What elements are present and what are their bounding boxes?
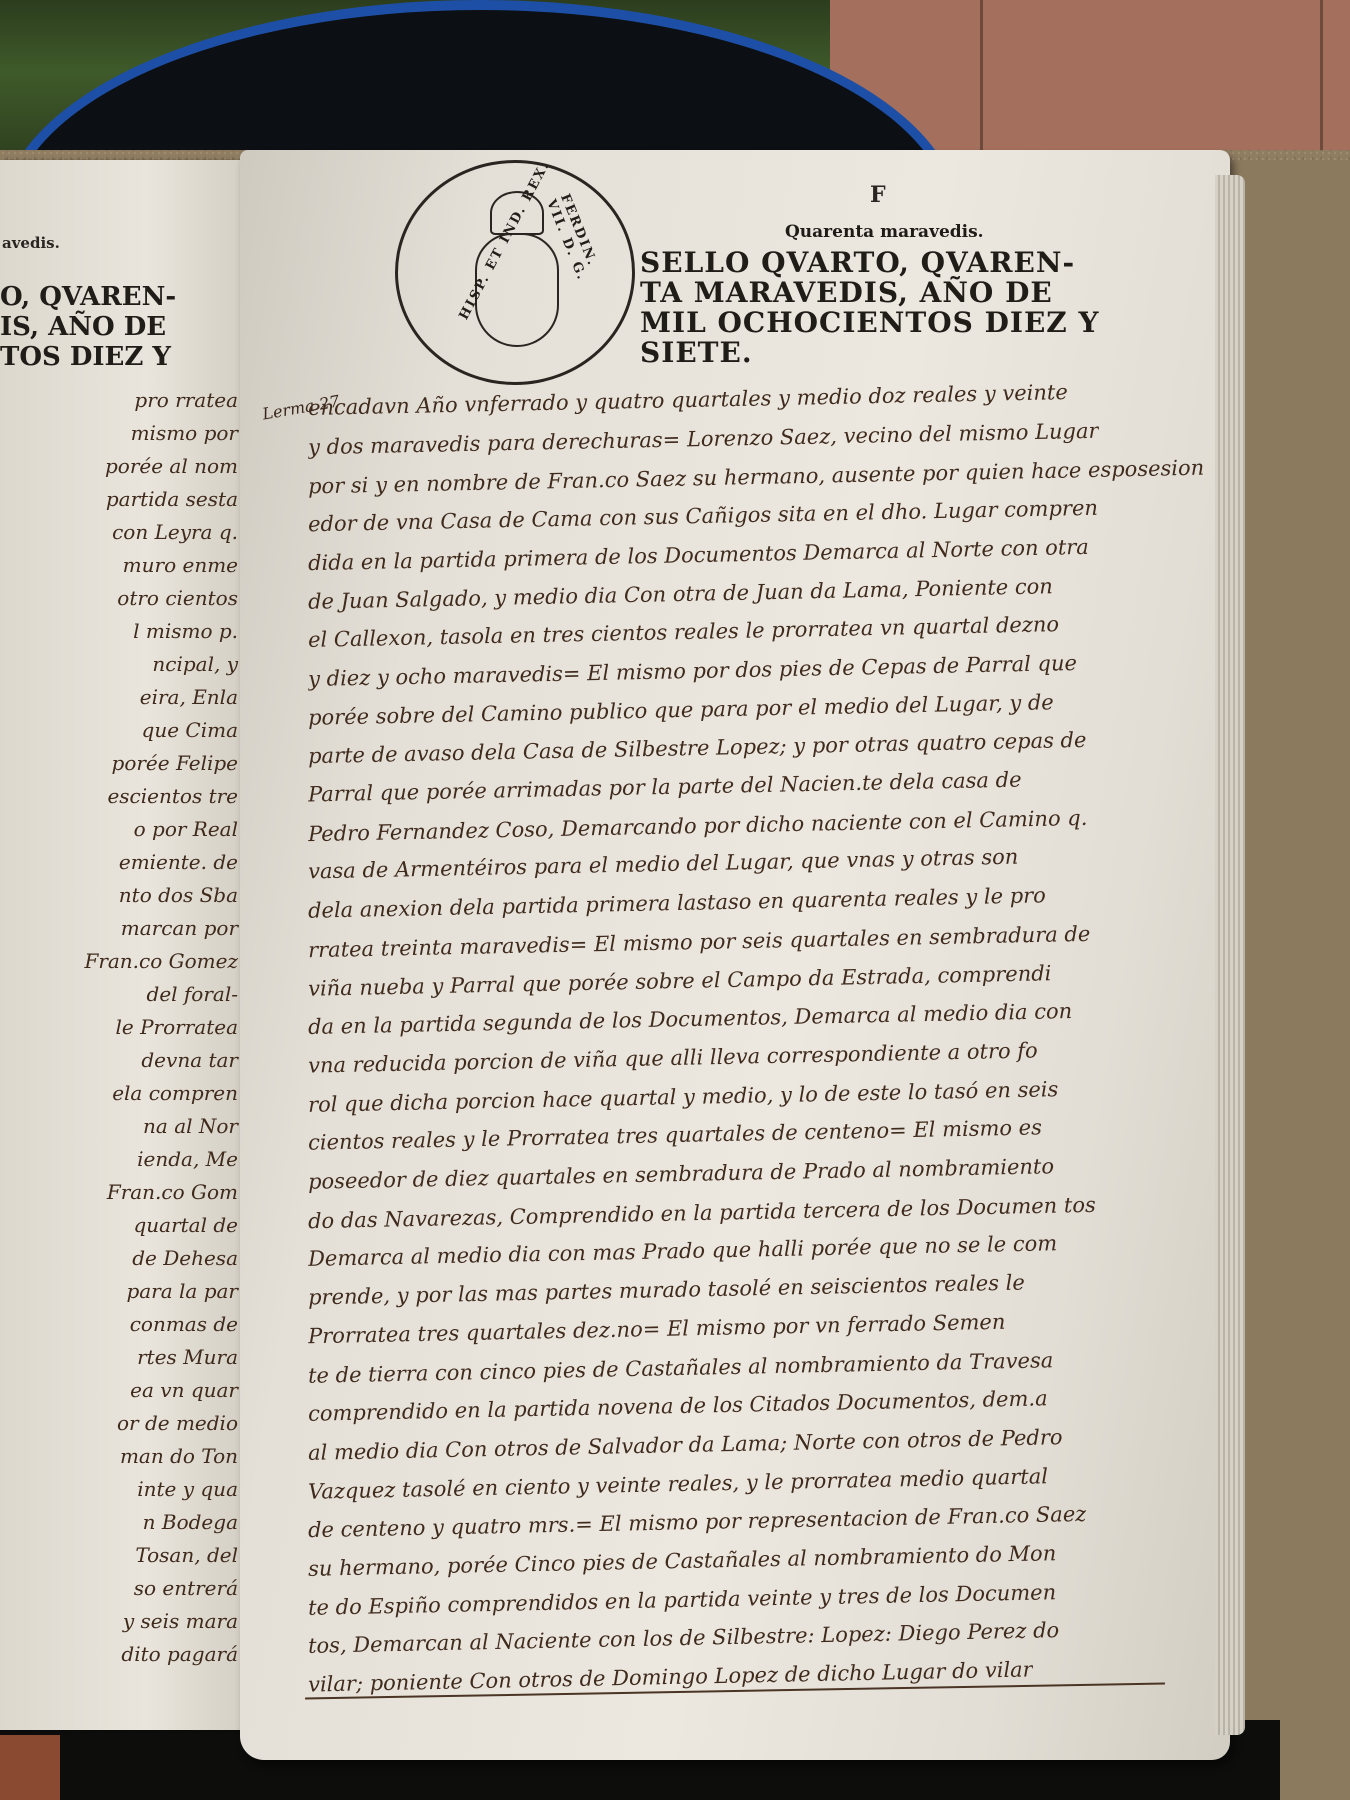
manuscript-line: quartal de [133, 1213, 238, 1237]
manuscript-line: emiente. de [119, 850, 238, 874]
manuscript-line: para la par [126, 1279, 238, 1303]
manuscript-line: le Prorratea [116, 1015, 239, 1039]
manuscript-line: que Cima [142, 718, 238, 742]
manuscript-line: de Dehesa [132, 1246, 238, 1270]
stamp-price: Quarenta maravedis. [785, 222, 984, 242]
manuscript-line: nto dos Sba [119, 883, 238, 907]
manuscript-line: porée Felipe [112, 751, 238, 775]
shield-icon [475, 233, 559, 347]
manuscript-line: marcan por [121, 916, 238, 940]
brick-corner [0, 1735, 60, 1800]
top-mark: F [870, 182, 886, 208]
left-stamp-title: O, QVAREN- IS, AÑO DE TOS DIEZ Y [0, 282, 240, 372]
manuscript-line: con Leyra q. [112, 520, 238, 544]
wall-seam [980, 0, 983, 160]
manuscript-line: conmas de [130, 1312, 238, 1336]
manuscript-line: na al Nor [143, 1114, 238, 1138]
manuscript-line: del foral- [147, 982, 238, 1006]
manuscript-line: pro rratea [134, 388, 238, 412]
left-stamp-title-line: IS, AÑO DE [0, 312, 240, 342]
manuscript-line: Fran.co Gomez [84, 949, 238, 973]
manuscript-line: ienda, Me [137, 1147, 238, 1171]
manuscript-line: ea vn quar [130, 1378, 238, 1402]
wall-seam [1320, 0, 1323, 160]
stamp-title-line: SELLO QVARTO, QVAREN- [640, 248, 1160, 278]
manuscript-line: rtes Mura [137, 1345, 238, 1369]
manuscript-line: ncipal, y [152, 652, 238, 676]
manuscript-line: Fran.co Gom [107, 1180, 238, 1204]
manuscript-line: mismo por [131, 421, 238, 445]
manuscript-line: Tosan, del [135, 1543, 238, 1567]
manuscript-line: escientos tre [107, 784, 238, 808]
manuscript-line: y seis mara [123, 1609, 238, 1633]
manuscript-line: inte y qua [137, 1477, 238, 1501]
manuscript-line: l mismo p. [133, 619, 238, 643]
manuscript-line: man do Ton [120, 1444, 238, 1468]
left-stamp-price: avedis. [2, 234, 60, 252]
manuscript-line: n Bodega [143, 1510, 238, 1534]
manuscript-line: eira, Enla [140, 685, 238, 709]
royal-seal: HISP. ET IND. REX. FERDIN. VII. D. G. [395, 160, 635, 385]
stamp-title-line: SIETE. [640, 338, 1160, 368]
manuscript-line: devna tar [141, 1048, 238, 1072]
manuscript-line: so entrerá [134, 1576, 238, 1600]
manuscript-line: partida sesta [106, 487, 238, 511]
left-stamp-title-line: O, QVAREN- [0, 282, 240, 312]
manuscript-line: dito pagará [121, 1642, 238, 1666]
stamp-title-line: TA MARAVEDIS, AÑO DE [640, 278, 1160, 308]
manuscript-line: o por Real [134, 817, 238, 841]
left-stamp-title-line: TOS DIEZ Y [0, 342, 240, 372]
manuscript-line: porée al nom [105, 454, 238, 478]
stamp-title-line: MIL OCHOCIENTOS DIEZ Y [640, 308, 1160, 338]
page-edges [1215, 175, 1245, 1735]
manuscript-line: ela compren [112, 1081, 238, 1105]
manuscript-line: or de medio [117, 1411, 238, 1435]
table-right-surface [1230, 160, 1350, 1800]
stamp-title: SELLO QVARTO, QVAREN- TA MARAVEDIS, AÑO … [640, 248, 1160, 368]
manuscript-line: otro cientos [117, 586, 238, 610]
manuscript-line: muro enme [123, 553, 238, 577]
